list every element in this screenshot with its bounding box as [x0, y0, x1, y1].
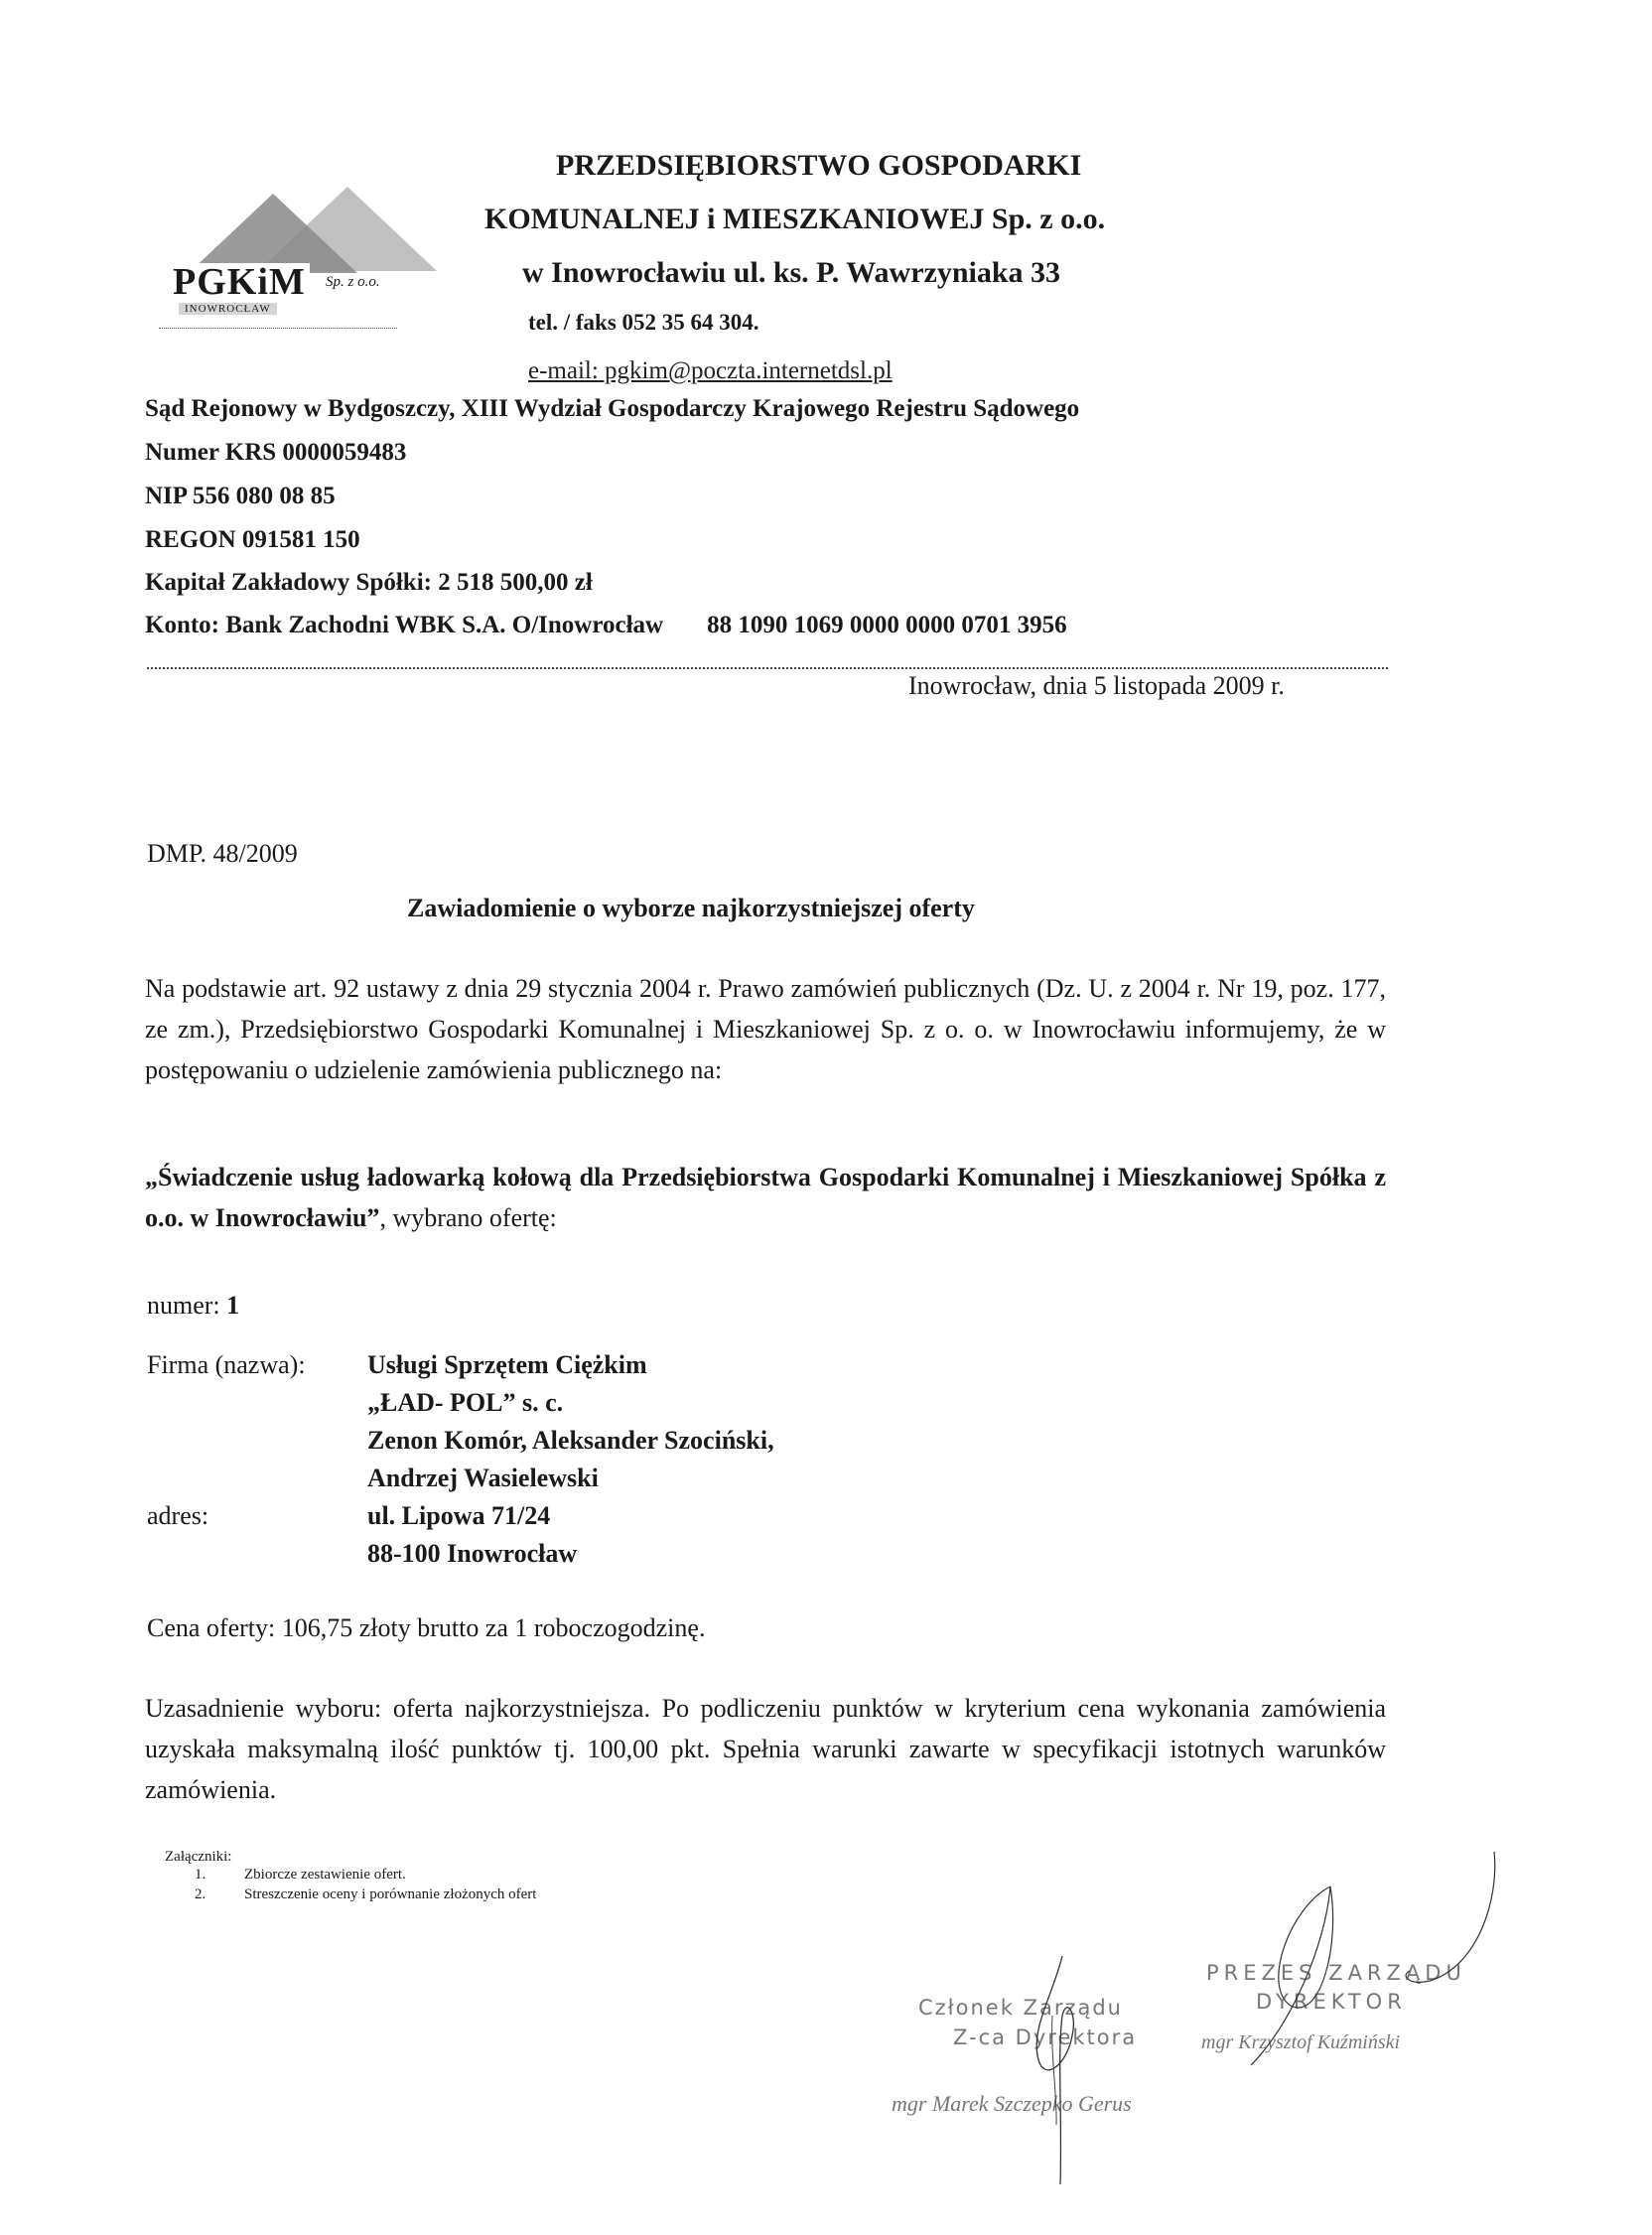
offer-number-value: 1	[226, 1291, 239, 1320]
address-line: ul. Lipowa 71/24	[367, 1501, 550, 1531]
registry-court: Sąd Rejonowy w Bydgoszczy, XIII Wydział …	[145, 395, 1079, 423]
subject-rest: , wybrano ofertę:	[379, 1203, 556, 1232]
company-phone: tel. / faks 052 35 64 304.	[528, 310, 759, 336]
attachment-item: 1.Zbiorcze zestawienie ofert.	[195, 1867, 406, 1884]
offer-number-label: numer:	[147, 1291, 220, 1320]
company-name-line1: PRZEDSIĘBIORSTWO GOSPODARKI	[556, 149, 1081, 183]
company-line: Usługi Sprzętem Ciężkim	[367, 1350, 647, 1380]
company-label: Firma (nazwa):	[147, 1350, 306, 1380]
intro-paragraph: Na podstawie art. 92 ustawy z dnia 29 st…	[145, 968, 1386, 1090]
reference-number: DMP. 48/2009	[147, 839, 298, 869]
document-title: Zawiadomienie o wyborze najkorzystniejsz…	[407, 894, 975, 923]
logo-city: INOWROCŁAW	[179, 303, 277, 315]
registry-bank-row: Konto: Bank Zachodni WBK S.A. O/Inowrocł…	[145, 612, 1067, 639]
signature-left-icon	[1023, 1956, 1102, 2184]
company-line: Zenon Komór, Aleksander Szociński,	[367, 1426, 774, 1456]
company-line: Andrzej Wasielewski	[367, 1464, 599, 1493]
attachments-label: Załączniki:	[165, 1849, 231, 1866]
address-line: 88-100 Inowrocław	[367, 1539, 577, 1569]
company-name-line2: KOMUNALNEJ i MIESZKANIOWEJ Sp. z o.o.	[484, 203, 1105, 236]
attachment-text: Streszczenie oceny i porównanie złożonyc…	[244, 1886, 536, 1902]
logo-wordmark: PGKiM	[169, 263, 310, 301]
attachment-number: 1.	[195, 1867, 244, 1884]
registry-bank: Konto: Bank Zachodni WBK S.A. O/Inowrocł…	[145, 612, 663, 638]
registry-account: 88 1090 1069 0000 0000 0701 3956	[707, 612, 1067, 638]
registry-capital: Kapitał Zakładowy Spółki: 2 518 500,00 z…	[145, 569, 593, 597]
logo-legal-form: Sp. z o.o.	[326, 274, 380, 291]
offer-price: Cena oferty: 106,75 złoty brutto za 1 ro…	[147, 1613, 705, 1643]
place-date: Inowrocław, dnia 5 listopada 2009 r.	[908, 671, 1285, 701]
offer-number: numer: 1	[147, 1291, 239, 1321]
company-email[interactable]: e-mail: pgkim@poczta.internetdsl.pl	[528, 357, 893, 385]
logo-rule	[159, 328, 397, 329]
attachment-text: Zbiorcze zestawienie ofert.	[244, 1867, 406, 1883]
justification-paragraph: Uzasadnienie wyboru: oferta najkorzystni…	[145, 1688, 1386, 1810]
registry-regon: REGON 091581 150	[145, 526, 360, 554]
registry-nip: NIP 556 080 08 85	[145, 483, 336, 510]
company-line: „ŁAD- POL” s. c.	[367, 1388, 563, 1418]
attachment-number: 2.	[195, 1886, 244, 1903]
company-logo: PGKiM Sp. z o.o. INOWROCŁAW	[149, 159, 407, 318]
dotted-separator	[147, 667, 1388, 669]
address-label: adres:	[147, 1501, 208, 1531]
procurement-subject: „Świadczenie usług ładowarką kołową dla …	[145, 1157, 1386, 1238]
attachment-item: 2.Streszczenie oceny i porównanie złożon…	[195, 1886, 536, 1903]
signature-right-icon	[1231, 1847, 1509, 2075]
registry-krs: Numer KRS 0000059483	[145, 439, 406, 467]
subject-title: „Świadczenie usług ładowarką kołową dla …	[145, 1163, 1386, 1232]
company-address: w Inowrocławiu ul. ks. P. Wawrzyniaka 33	[522, 256, 1060, 290]
